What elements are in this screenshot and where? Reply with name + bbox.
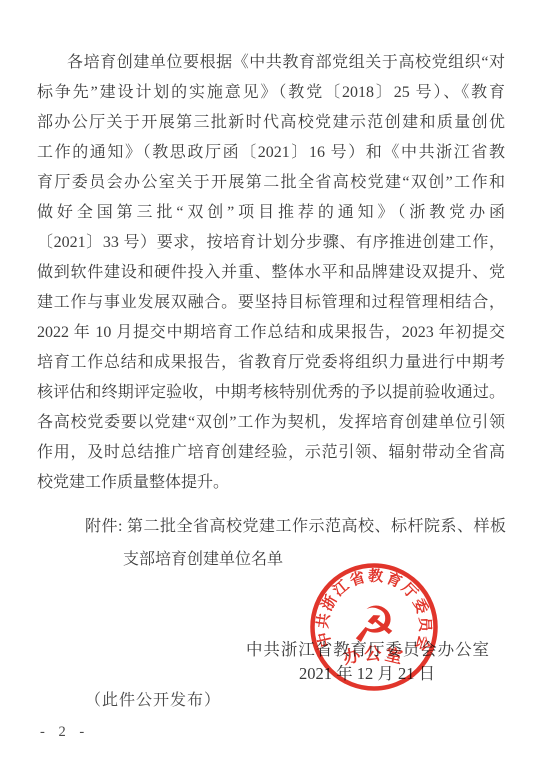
body-line: 工作的通知》（教思政厅函〔2021〕16 号）和《中共浙江省教 xyxy=(37,138,505,168)
body-line: 〔2021〕33 号）要求，按培育计划分步骤、有序推进创建工作， xyxy=(37,228,505,258)
body-line: 标争先”建设计划的实施意见》（教党〔2018〕25 号）、《教育 xyxy=(37,78,505,108)
page-number: - 2 - xyxy=(40,722,89,742)
body-line: 核评估和终期评定验收，中期考核特别优秀的予以提前验收通过。 xyxy=(37,378,505,408)
document-page: 各培育创建单位要根据《中共教育部党组关于高校党组织“对标争先”建设计划的实施意见… xyxy=(0,0,550,783)
body-line: 各培育创建单位要根据《中共教育部党组关于高校党组织“对 xyxy=(37,48,505,78)
official-seal: 中共浙江省教育厅委员会 ☭ 办公室 xyxy=(308,561,440,693)
body-line: 培育工作总结和成果报告，省教育厅党委将组织力量进行中期考 xyxy=(37,348,505,378)
attachment-line-1: 附件: 第二批全省高校党建工作示范高校、标杆院系、样板 xyxy=(85,510,506,543)
body-line: 作用，及时总结推广培育创建经验，示范引领、辐射带动全省高 xyxy=(37,438,505,468)
body-line: 校党建工作质量整体提升。 xyxy=(37,468,505,498)
body-line: 2022 年 10 月提交中期培育工作总结和成果报告，2023 年初提交 xyxy=(37,318,505,348)
body-line: 做到软件建设和硬件投入并重、整体水平和品牌建设双提升、党 xyxy=(37,258,505,288)
body-line: 部办公厅关于开展第三批新时代高校党建示范创建和质量创优 xyxy=(37,108,505,138)
public-release-note: （此件公开发布） xyxy=(85,689,221,713)
body-paragraph: 各培育创建单位要根据《中共教育部党组关于高校党组织“对标争先”建设计划的实施意见… xyxy=(37,48,505,498)
body-line: 建工作与事业发展双融合。要坚持目标管理和过程管理相结合， xyxy=(37,288,505,318)
body-line: 各高校党委要以党建“双创”工作为契机，发挥培育创建单位引领 xyxy=(37,408,505,438)
seal-office-text: 办公室 xyxy=(341,644,407,668)
body-line: 育厅委员会办公室关于开展第二批全省高校党建“双创”工作和 xyxy=(37,168,505,198)
body-line: 做好全国第三批“双创”项目推荐的通知》（浙教党办函 xyxy=(37,198,505,228)
attachment-block: 附件: 第二批全省高校党建工作示范高校、标杆院系、样板 支部培育创建单位名单 xyxy=(85,510,506,576)
